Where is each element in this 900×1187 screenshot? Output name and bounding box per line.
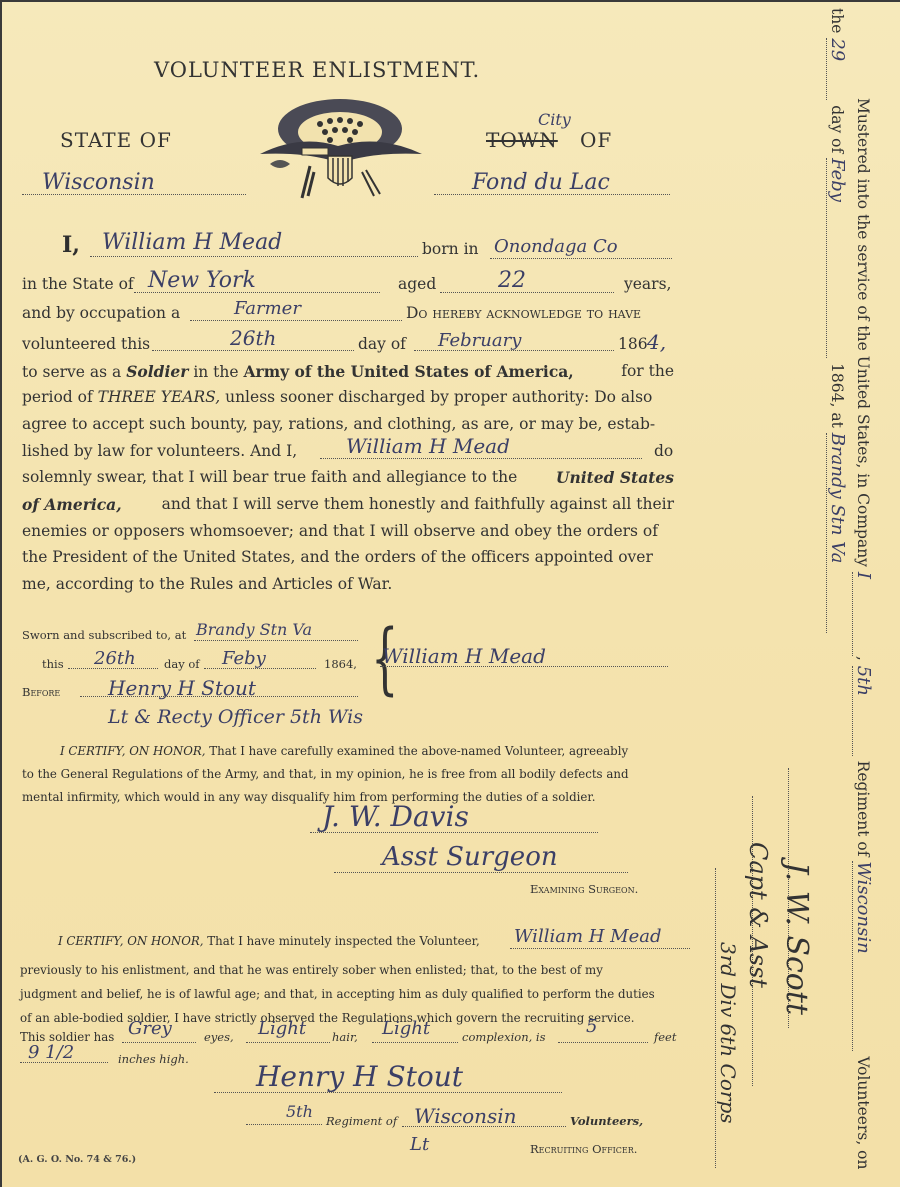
three-years: THREE YEARS, (98, 388, 221, 406)
recruiter-signature-line (214, 1092, 562, 1093)
period-line: period of THREE YEARS, unless sooner dis… (22, 388, 652, 406)
muster-day: 29 (827, 38, 848, 61)
sworn-officer-title: Lt & Recty Officer 5th Wis (108, 706, 363, 728)
feet-value: 5 (586, 1016, 597, 1037)
name-line (90, 256, 418, 257)
united-states-bold: United States (556, 468, 674, 487)
surgeon-line-1: That I have carefully examined the above… (209, 744, 628, 758)
town-of-label: OF (580, 128, 612, 152)
enlist-month-line (414, 350, 614, 351)
recruiter-line-1: That I have minutely inspected the Volun… (207, 934, 479, 948)
muster-place: Brandy Stn Va (827, 433, 848, 564)
sworn-year: 1864, (324, 657, 357, 671)
serve-text-2: in the (193, 363, 238, 381)
surgeon-certificate: I CERTIFY, ON HONOR, That I have careful… (22, 740, 629, 809)
complexion-label-text: complexion, is (462, 1030, 546, 1044)
town-insert: City (538, 110, 571, 129)
oath-name-line (320, 458, 642, 459)
volunteered-label: volunteered this (22, 335, 150, 353)
recruiter-line-2: previously to his enlistment, and that h… (20, 958, 655, 982)
hair-label: hair, (332, 1030, 358, 1044)
muster-day-of: day of (828, 105, 846, 153)
eagle-crest-icon (250, 94, 430, 204)
town-value: Fond du Lac (472, 170, 610, 195)
sworn-officer-line (80, 696, 358, 697)
swear-line-2: of America, and that I will serve them h… (22, 495, 674, 514)
period-text-2: unless sooner discharged by proper autho… (225, 388, 652, 406)
document-title: VOLUNTEER ENLISTMENT. (154, 58, 480, 82)
recruiter-body: previously to his enlistment, and that h… (20, 958, 655, 1030)
muster-day-line: 29 (826, 38, 848, 100)
muster-state: Wisconsin (853, 861, 874, 953)
swear-line-3: enemies or opposers whomsoever; and that… (22, 522, 658, 540)
muster-state-line: Wisconsin (852, 861, 874, 1051)
muster-place-line: Brandy Stn Va (826, 433, 848, 633)
eyes-label: eyes, (204, 1030, 234, 1044)
sworn-this-label: this (42, 657, 64, 671)
muster-month: Feby (827, 158, 848, 202)
recruiter-volunteer-name: William H Mead (514, 926, 662, 947)
occupation-value: Farmer (234, 298, 301, 319)
day-of-label: day of (358, 335, 406, 353)
enlistment-document: VOLUNTEER ENLISTMENT. STATE OF Wisconsin… (0, 0, 900, 1187)
swear-line-1: solemnly swear, that I will bear true fa… (22, 468, 674, 487)
muster-year: 1864, at (828, 363, 846, 428)
regiment-label: Regiment of (326, 1114, 397, 1128)
inches-value: 9 1/2 (28, 1042, 74, 1063)
muster-line-b: the 29 day of Feby 1864, at Brandy Stn V… (826, 8, 848, 633)
town-label-struck: TOWN (486, 128, 558, 152)
recruiter-certify-lead: I CERTIFY, ON HONOR, (20, 934, 204, 948)
complexion-line (372, 1042, 458, 1043)
recruiter-signature: Henry H Stout (256, 1060, 463, 1093)
sworn-month: Feby (222, 648, 266, 669)
feet-label: feet (654, 1030, 677, 1044)
swear-text-1: solemnly swear, that I will bear true fa… (22, 468, 517, 487)
regiment-num-line (246, 1124, 322, 1125)
age-line (440, 292, 614, 293)
inches-label: inches high. (118, 1052, 189, 1066)
eyes-value: Grey (128, 1018, 172, 1039)
muster-regiment-label: Regiment of (854, 761, 872, 857)
muster-volunteers-on: Volunteers, on (854, 1056, 872, 1169)
muster-company-line: I (852, 572, 874, 656)
acknowledge-text: Do hereby acknowledge to have (406, 304, 641, 322)
agree-line: agree to accept such bounty, pay, ration… (22, 415, 655, 433)
recruiter-volunteer-line (510, 948, 690, 949)
serve-line: to serve as a Soldier in the Army of the… (22, 362, 674, 381)
army-phrase: Army of the United States of America, (244, 362, 574, 381)
age-value: 22 (498, 268, 526, 293)
muster-company: I (853, 572, 874, 579)
born-in-value: Onondaga Co (494, 236, 618, 257)
town-line (434, 194, 670, 195)
sworn-day: 26th (94, 648, 136, 669)
sworn-place-line (194, 640, 358, 641)
enlist-year-prefix: 186 (618, 335, 648, 353)
enlist-year-suffix: 4, (647, 330, 666, 354)
surgeon-title: Asst Surgeon (382, 842, 558, 872)
oath-name: William H Mead (346, 434, 510, 458)
regiment-num: 5th (286, 1102, 313, 1121)
born-line (490, 258, 672, 259)
birth-state: New York (148, 268, 256, 293)
surgeon-certify-lead: I CERTIFY, ON HONOR, (60, 744, 206, 758)
recruiter-certificate-line-1: I CERTIFY, ON HONOR, That I have minutel… (20, 934, 480, 948)
do-label: do (654, 442, 673, 460)
inches-line (20, 1062, 108, 1063)
surgeon-role: Examining Surgeon. (530, 882, 638, 896)
swear-text-2: and that I will serve them honestly and … (162, 495, 674, 514)
muster-officer-title-1: Capt & Asst (744, 842, 772, 988)
state-label: STATE OF (60, 128, 172, 152)
occupation-line (190, 320, 402, 321)
surgeon-line-2: to the General Regulations of the Army, … (22, 763, 629, 786)
enlist-month: February (438, 330, 521, 351)
inches-label-text: inches high. (118, 1052, 189, 1066)
muster-text-a: Mustered into the service of the United … (854, 98, 872, 567)
muster-officer-signature: J. W. Scott (779, 862, 814, 1015)
period-text-1: period of (22, 388, 93, 406)
soldier-word: Soldier (126, 362, 188, 381)
years-label: years, (624, 275, 671, 293)
surgeon-signature: J. W. Davis (322, 800, 469, 833)
sworn-place: Brandy Stn Va (196, 620, 312, 639)
recruiter-line-3: judgment and belief, he is of lawful age… (20, 982, 655, 1006)
born-in-label: born in (422, 240, 479, 258)
muster-regiment-num-line: 5th (852, 666, 874, 756)
muster-regiment-num: 5th (853, 666, 874, 696)
aged-label: aged (398, 275, 436, 293)
muster-officer-title-2: 3rd Div 6th Corps (716, 942, 740, 1124)
sworn-day-of: day of (164, 657, 200, 671)
recruiter-role: Recruiting Officer. (530, 1142, 637, 1156)
surgeon-signature-line (310, 832, 598, 833)
swear-line-4: the President of the United States, and … (22, 548, 653, 566)
serve-text-3: for the (621, 362, 674, 381)
volunteer-signature: William H Mead (382, 644, 546, 668)
regiment-state-line (402, 1126, 566, 1127)
recruiter-rank: Lt (410, 1134, 429, 1155)
volunteers-label: Volunteers, (570, 1114, 643, 1128)
sworn-label: Sworn and subscribed to, at (22, 628, 186, 642)
swear-line-5: me, according to the Rules and Articles … (22, 575, 392, 593)
serve-text-1: to serve as a (22, 363, 121, 381)
of-america-bold: of America, (22, 495, 122, 514)
muster-the: the (828, 8, 846, 33)
regiment-state: Wisconsin (414, 1104, 517, 1128)
feet-line (558, 1042, 648, 1043)
hair-line (246, 1042, 330, 1043)
i-label: I, (62, 232, 80, 258)
surgeon-title-line (334, 872, 628, 873)
sworn-month-line (204, 668, 316, 669)
muster-month-line: Feby (826, 158, 848, 358)
volunteer-name: William H Mead (102, 230, 282, 255)
volunteer-signature-line (380, 666, 668, 667)
complexion-label: complexion, is (462, 1030, 546, 1044)
state-of-label: in the State of (22, 275, 134, 293)
enlist-day: 26th (230, 326, 276, 350)
occupation-label: and by occupation a (22, 304, 180, 322)
birth-state-line (134, 292, 380, 293)
recruiter-line-4: of an able-bodied soldier, I have strict… (20, 1006, 655, 1030)
muster-line-a: Mustered into the service of the United … (852, 98, 874, 1170)
eyes-line (122, 1042, 196, 1043)
complexion-value: Light (382, 1018, 430, 1039)
enlist-day-line (152, 350, 354, 351)
order-reference: (A. G. O. No. 74 & 76.) (18, 1154, 136, 1165)
sworn-day-line (68, 668, 158, 669)
before-label: Before (22, 685, 60, 699)
hair-value: Light (258, 1018, 306, 1039)
state-line (22, 194, 246, 195)
lished-label: lished by law for volunteers. And I, (22, 442, 297, 460)
state-value: Wisconsin (42, 170, 155, 195)
